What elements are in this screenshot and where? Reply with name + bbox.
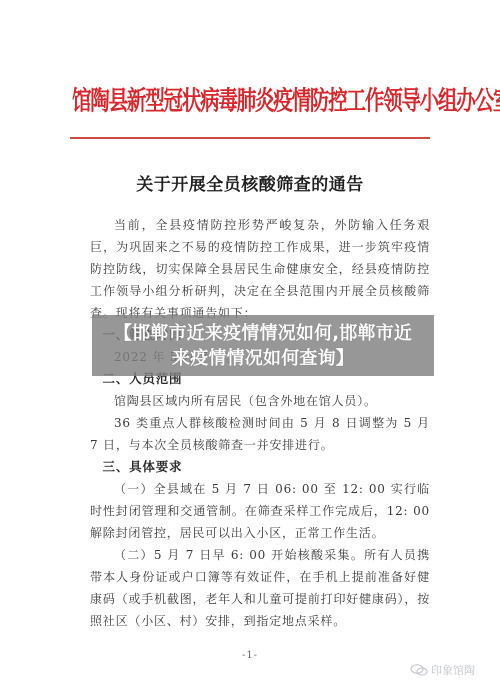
banner-title-line-1: 【邯郸市近来疫情情况如何,邯郸市近	[114, 321, 412, 346]
watermark: 印象馆陶	[410, 662, 475, 678]
section-2-paragraph: 36 类重点人群核酸检测时间由 5 月 8 日调整为 5 月 7 日，与本次全员…	[90, 412, 430, 456]
wechat-icon	[410, 664, 428, 676]
section-3-paragraph: （二）5 月 7 日早 6: 00 开始核酸采集。所有人员携带本人身份证或户口簿…	[90, 544, 430, 632]
document-page: 馆陶县新型冠状病毒肺炎疫情防控工作领导小组办公室 关于开展全员核酸筛查的通告 当…	[0, 0, 500, 692]
intro-paragraph: 当前，全县疫情防控形势严峻复杂，外防输入任务艰巨，为巩固来之不易的疫情防控工作成…	[90, 214, 430, 324]
banner-title-line-2: 来疫情情况如何查询】	[172, 346, 354, 371]
document-title: 关于开展全员核酸筛查的通告	[0, 170, 500, 195]
section-3-paragraph: （一）全县域在 5 月 7 日 06: 00 至 12: 00 实行临时性封闭管…	[90, 478, 430, 544]
watermark-text: 印象馆陶	[431, 662, 475, 678]
page-number: -1-	[0, 650, 500, 661]
document-body: 当前，全县疫情防控形势严峻复杂，外防输入任务艰巨，为巩固来之不易的疫情防控工作成…	[90, 214, 430, 632]
issuer-header: 馆陶县新型冠状病毒肺炎疫情防控工作领导小组办公室	[72, 80, 432, 118]
header-divider	[70, 137, 430, 139]
article-title-banner: 【邯郸市近来疫情情况如何,邯郸市近 来疫情情况如何查询】	[92, 315, 434, 376]
section-2-paragraph: 馆陶县区域内所有居民（包含外地在馆人员）。	[90, 390, 430, 412]
section-3-heading: 三、具体要求	[90, 456, 430, 478]
